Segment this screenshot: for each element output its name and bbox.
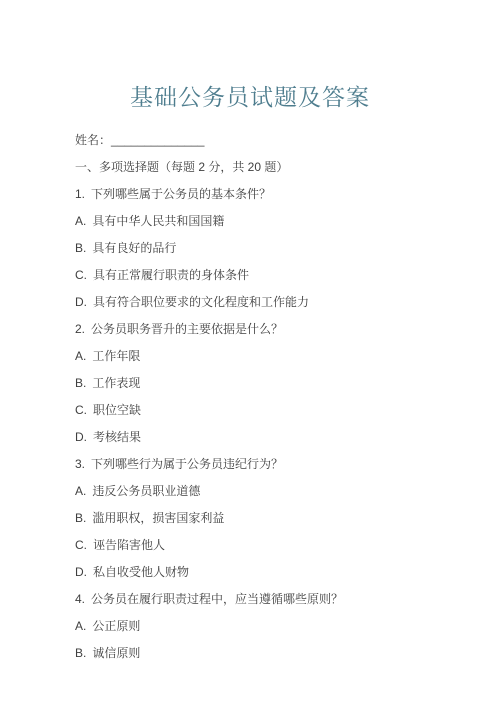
option-text: 具有符合职位要求的文化程度和工作能力 bbox=[93, 295, 309, 309]
option-label: D. bbox=[75, 295, 87, 309]
option-label: B. bbox=[75, 646, 86, 660]
question-text-row: 3.下列哪些行为属于公务员违纪行为？ bbox=[75, 457, 440, 471]
option-label: A. bbox=[75, 484, 86, 498]
option-row: D.具有符合职位要求的文化程度和工作能力 bbox=[75, 295, 440, 309]
option-row: D.私自收受他人财物 bbox=[75, 565, 440, 579]
question-text-row: 2.公务员职务晋升的主要依据是什么？ bbox=[75, 322, 440, 336]
question-number: 2. bbox=[75, 322, 85, 336]
question-text-row: 4.公务员在履行职责过程中，应当遵循哪些原则？ bbox=[75, 592, 440, 606]
question-text: 公务员职务晋升的主要依据是什么？ bbox=[91, 322, 283, 336]
option-text: 具有正常履行职责的身体条件 bbox=[93, 268, 249, 282]
option-label: D. bbox=[75, 565, 87, 579]
option-row: B.诚信原则 bbox=[75, 646, 440, 660]
option-text: 具有中华人民共和国国籍 bbox=[92, 214, 224, 228]
question-number: 4. bbox=[75, 592, 85, 606]
question-number: 3. bbox=[75, 457, 85, 471]
question-text: 下列哪些行为属于公务员违纪行为？ bbox=[91, 457, 283, 471]
question-number: 1. bbox=[75, 187, 85, 201]
option-row: A.具有中华人民共和国国籍 bbox=[75, 214, 440, 228]
option-text: 工作年限 bbox=[92, 349, 140, 363]
option-text: 工作表现 bbox=[92, 376, 140, 390]
option-row: B.工作表现 bbox=[75, 376, 440, 390]
name-label: 姓名： bbox=[75, 133, 111, 147]
page-title: 基础公务员试题及答案 bbox=[75, 82, 425, 112]
option-text: 滥用职权，损害国家利益 bbox=[92, 511, 224, 525]
option-row: B.具有良好的品行 bbox=[75, 241, 440, 255]
option-row: D.考核结果 bbox=[75, 430, 440, 444]
option-text: 违反公务员职业道德 bbox=[92, 484, 200, 498]
option-row: A.违反公务员职业道德 bbox=[75, 484, 440, 498]
option-text: 具有良好的品行 bbox=[92, 241, 176, 255]
option-row: A.工作年限 bbox=[75, 349, 440, 363]
option-row: C.具有正常履行职责的身体条件 bbox=[75, 268, 440, 282]
question-text: 公务员在履行职责过程中，应当遵循哪些原则？ bbox=[91, 592, 343, 606]
option-text: 私自收受他人财物 bbox=[93, 565, 189, 579]
option-label: B. bbox=[75, 241, 86, 255]
option-label: B. bbox=[75, 376, 86, 390]
question-2: 2.公务员职务晋升的主要依据是什么？ A.工作年限 B.工作表现 C.职位空缺 … bbox=[75, 322, 440, 444]
section-header: 一、多项选择题（每题 2 分，共 20 题） bbox=[75, 160, 440, 174]
option-label: C. bbox=[75, 403, 87, 417]
option-text: 诚信原则 bbox=[92, 646, 140, 660]
option-text: 考核结果 bbox=[93, 430, 141, 444]
option-row: C.职位空缺 bbox=[75, 403, 440, 417]
option-text: 职位空缺 bbox=[93, 403, 141, 417]
option-label: A. bbox=[75, 349, 86, 363]
question-3: 3.下列哪些行为属于公务员违纪行为？ A.违反公务员职业道德 B.滥用职权，损害… bbox=[75, 457, 440, 579]
option-label: C. bbox=[75, 268, 87, 282]
option-text: 公正原则 bbox=[92, 619, 140, 633]
option-label: B. bbox=[75, 511, 86, 525]
name-blank-line: ______________ bbox=[111, 133, 204, 147]
document-page: 基础公务员试题及答案 姓名：______________ 一、多项选择题（每题 … bbox=[0, 0, 500, 707]
option-row: B.滥用职权，损害国家利益 bbox=[75, 511, 440, 525]
name-line: 姓名：______________ bbox=[75, 133, 440, 147]
question-1: 1.下列哪些属于公务员的基本条件？ A.具有中华人民共和国国籍 B.具有良好的品… bbox=[75, 187, 440, 309]
option-label: C. bbox=[75, 538, 87, 552]
question-text: 下列哪些属于公务员的基本条件？ bbox=[91, 187, 271, 201]
option-text: 诬告陷害他人 bbox=[93, 538, 165, 552]
option-row: A.公正原则 bbox=[75, 619, 440, 633]
option-row: C.诬告陷害他人 bbox=[75, 538, 440, 552]
option-label: A. bbox=[75, 619, 86, 633]
question-4: 4.公务员在履行职责过程中，应当遵循哪些原则？ A.公正原则 B.诚信原则 bbox=[75, 592, 440, 660]
option-label: D. bbox=[75, 430, 87, 444]
question-text-row: 1.下列哪些属于公务员的基本条件？ bbox=[75, 187, 440, 201]
option-label: A. bbox=[75, 214, 86, 228]
